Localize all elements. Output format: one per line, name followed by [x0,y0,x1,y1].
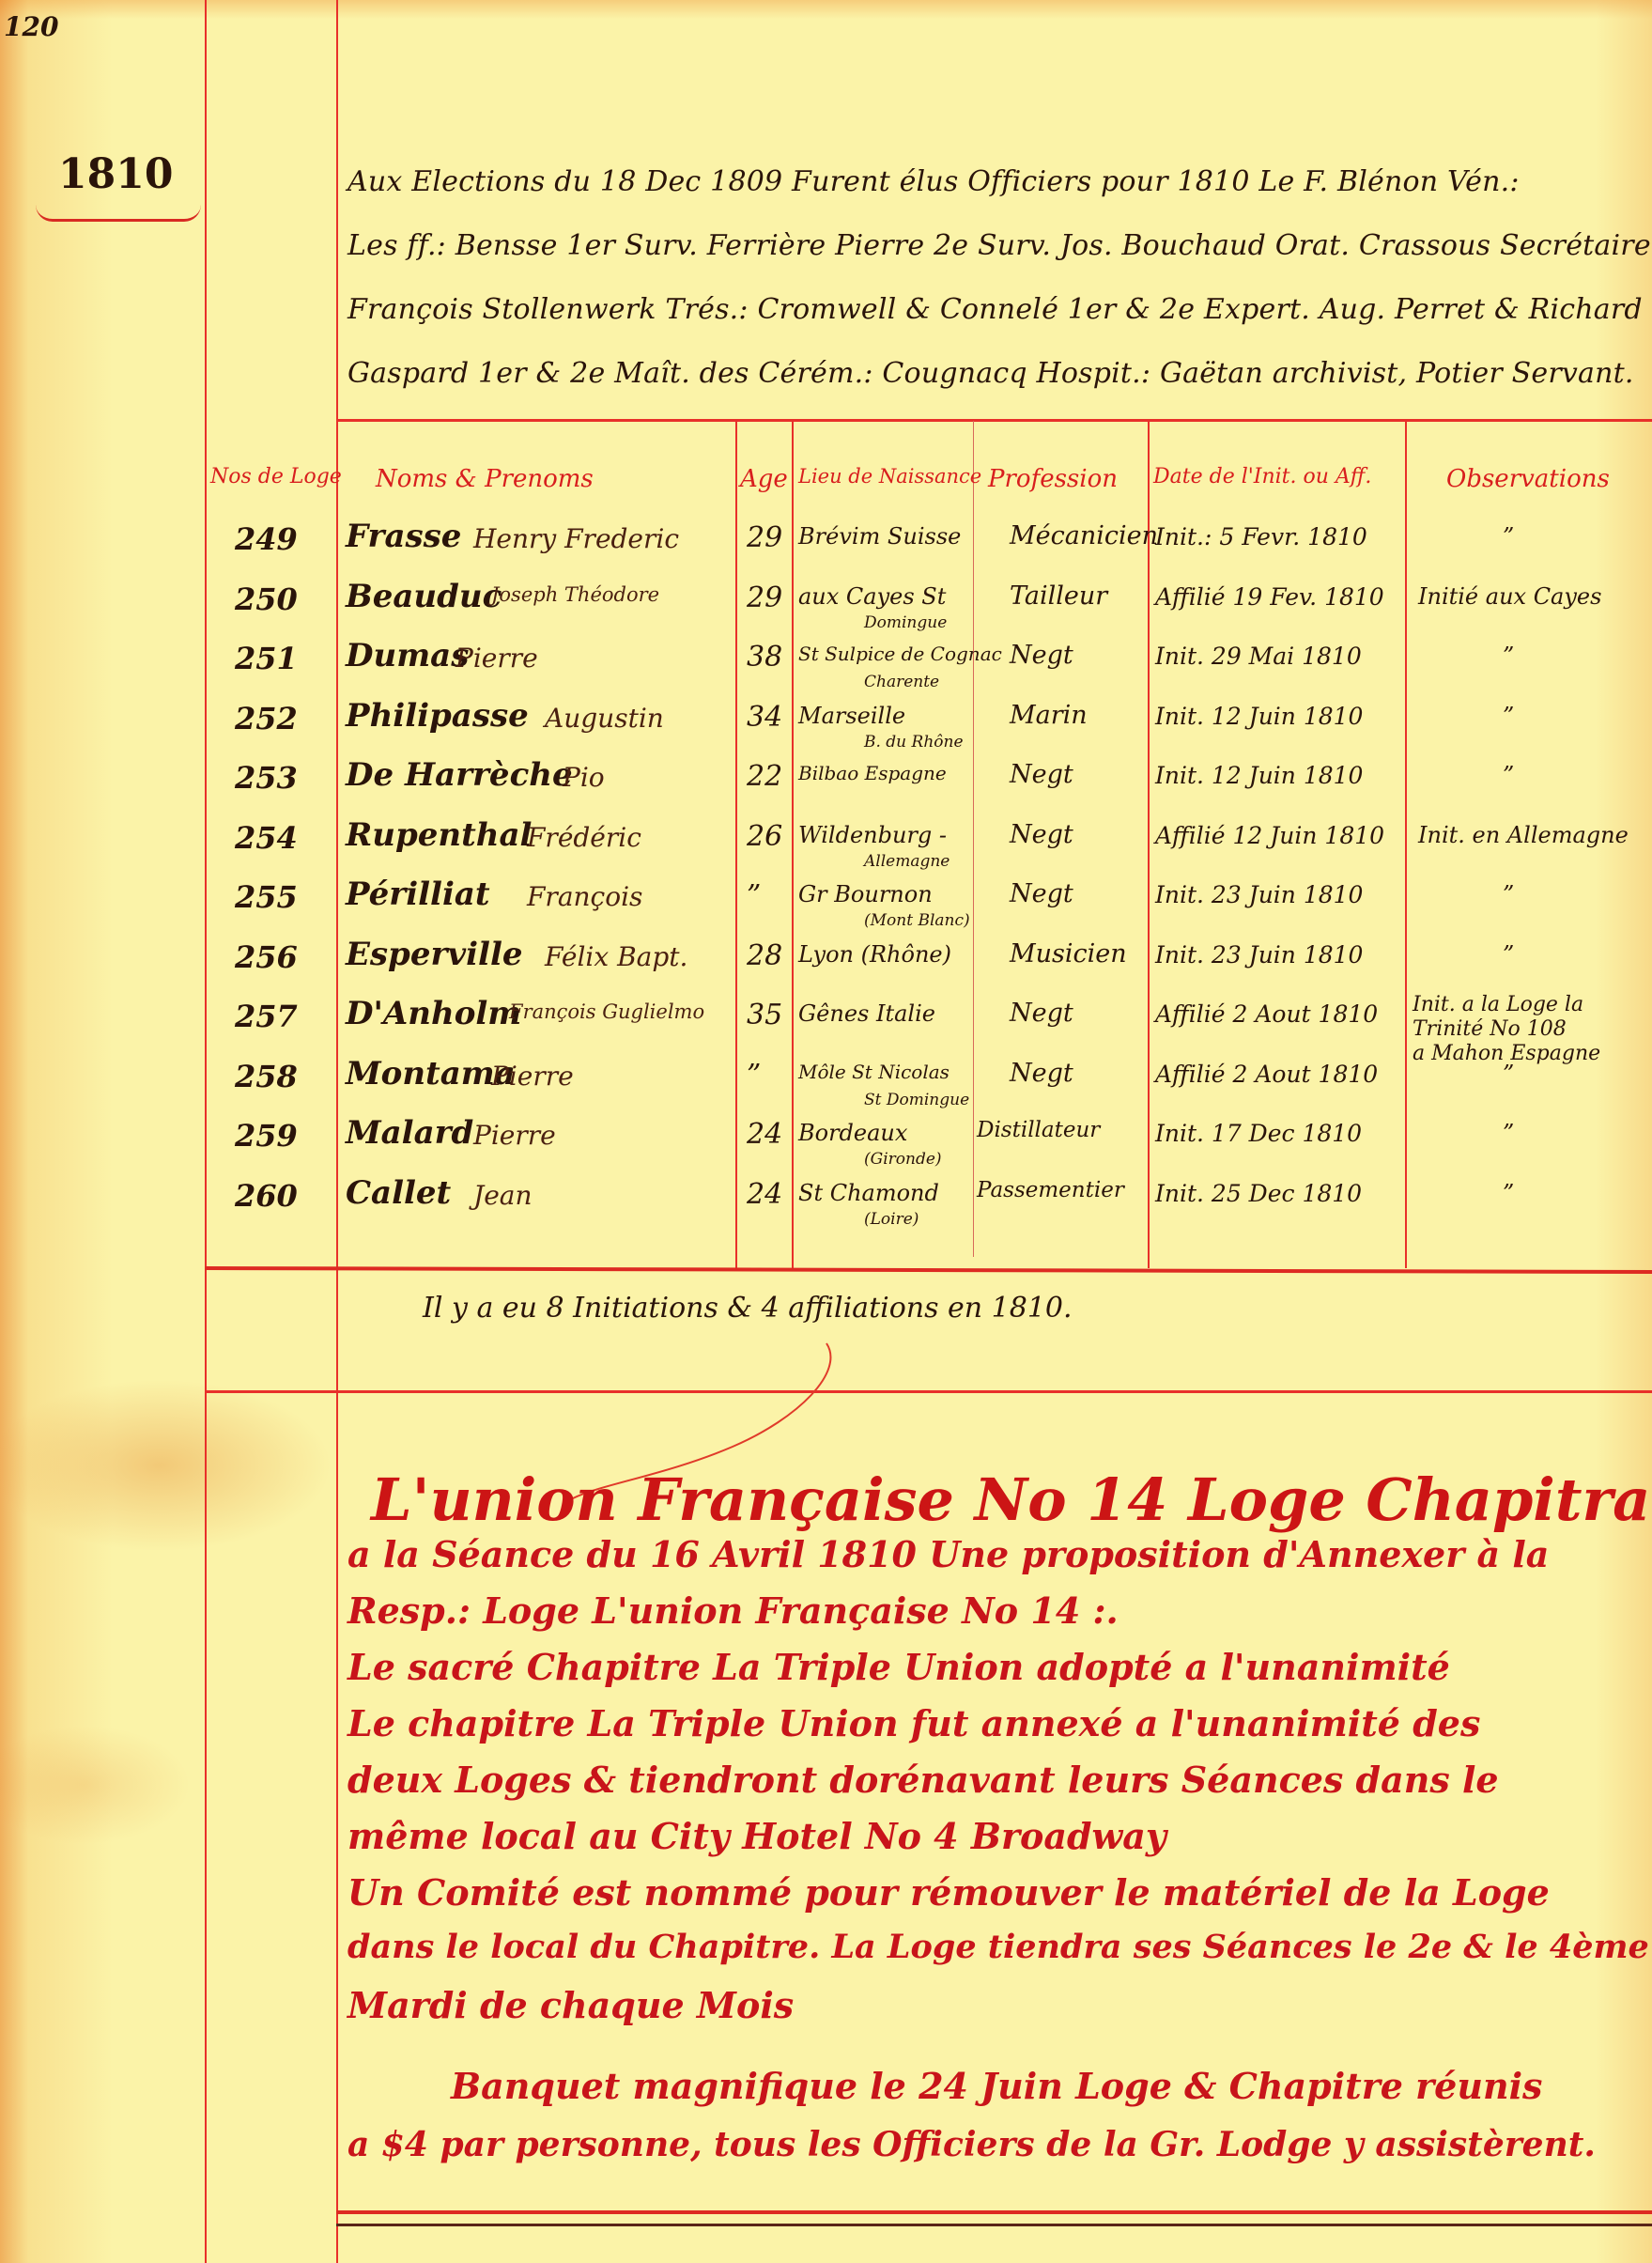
row-number: 252 [235,701,298,736]
row-observations: ” [1503,1180,1514,1206]
row-given-name: Pio [563,762,605,793]
row-profession: Musicien [1010,939,1127,969]
chapter-line: Le sacré Chapitre La Triple Union adopté… [347,1646,1450,1688]
row-age: 35 [747,999,782,1031]
row-age: 22 [747,760,782,793]
row-number: 259 [235,1118,298,1154]
chapter-line: dans le local du Chapitre. La Loge tiend… [347,1928,1649,1966]
row-observations: Init. a la Loge la [1413,993,1583,1016]
row-date: Affilié 19 Fev. 1810 [1155,583,1384,611]
row-number: 250 [235,581,298,617]
header-num: Nos de Loge [210,465,342,488]
row-surname: De Harrèche [346,756,573,794]
row-given-name: Jean [473,1180,533,1211]
row-date: Affilié 2 Aout 1810 [1155,1061,1378,1088]
chapter-line: Le chapitre La Triple Union fut annexé a… [347,1702,1480,1744]
row-birthplace: Gênes Italie [798,1000,935,1027]
header-name: Noms & Prenoms [376,465,594,493]
row-surname: D'Anholm [346,995,521,1032]
row-age: 24 [747,1118,782,1151]
row-number: 257 [235,999,298,1034]
header-observations: Observations [1446,465,1610,493]
row-given-name: Augustin [545,703,664,734]
row-given-name: Pierre [455,643,538,674]
row-observations: ” [1503,941,1514,968]
row-birthplace-sub: B. du Rhône [864,733,964,752]
row-profession: Distillateur [977,1118,1100,1142]
row-birthplace-sub: (Mont Blanc) [864,911,970,930]
row-birthplace-sub: Charente [864,673,939,691]
row-age: 29 [747,521,782,554]
row-observations: ” [1503,523,1514,550]
row-birthplace-sub: Allemagne [864,852,950,871]
row-given-name: Frédéric [527,822,641,853]
row-surname: Périlliat [346,876,490,913]
page-number: 120 [4,11,58,42]
chapter-line: même local au City Hotel No 4 Broadway [347,1815,1166,1857]
margin-rule-right [336,0,338,2263]
row-number: 253 [235,760,298,796]
row-birthplace: St Sulpice de Cognac [798,643,1002,665]
footer-rule-red [336,2210,1652,2214]
summary-bottom-rule [205,1390,1652,1393]
row-birthplace: Brévim Suisse [798,523,961,550]
officers-line: Aux Elections du 18 Dec 1809 Furent élus… [347,150,1644,214]
row-date: Affilié 12 Juin 1810 [1155,822,1384,849]
row-date: Init. 17 Dec 1810 [1155,1120,1362,1147]
row-date: Init. 23 Juin 1810 [1155,881,1363,908]
year-underline-brace [36,205,201,222]
row-profession: Negt [1010,760,1073,789]
officers-line: François Stollenwerk Trés.: Cromwell & C… [347,278,1644,342]
officers-line: Gaspard 1er & 2e Maît. des Cérém.: Cougn… [347,342,1644,406]
table-top-rule [336,419,1652,422]
col-rule-date-right [1405,421,1407,1268]
header-birthplace: Lieu de Naissance [798,465,981,488]
row-birthplace: St Chamond [798,1180,939,1206]
row-observations: ” [1503,762,1514,788]
row-observations: ” [1503,703,1514,729]
row-observations: ” [1503,1120,1514,1146]
chapter-line: a $4 par personne, tous les Officiers de… [347,2125,1596,2164]
row-surname: Philipasse [346,697,529,735]
row-birthplace: Gr Bournon [798,881,933,907]
row-observations: Init. en Allemagne [1418,822,1629,848]
row-profession: Passementier [977,1178,1124,1202]
row-profession: Negt [1010,641,1073,670]
row-given-name: François Guglielmo [509,1000,704,1023]
row-birthplace: Lyon (Rhône) [798,941,951,968]
row-age: 29 [747,581,782,614]
row-number: 256 [235,939,298,975]
row-birthplace: Môle St Nicolas [798,1061,950,1083]
row-given-name: Pierre [473,1120,556,1151]
row-date: Init.: 5 Fevr. 1810 [1155,523,1367,550]
chapter-title: L'union Française No 14 Loge Chapitrale [371,1465,1652,1534]
row-date: Init. 25 Dec 1810 [1155,1180,1362,1207]
row-birthplace: aux Cayes St [798,583,946,610]
row-birthplace: Wildenburg - [798,822,947,848]
footer-rule-dark [336,2224,1652,2226]
row-birthplace-sub: (Loire) [864,1210,919,1229]
row-age: ” [747,1059,761,1092]
row-surname: Rupenthal [346,816,532,854]
header-date: Date de l'Init. ou Aff. [1153,465,1371,488]
row-surname: Montama [346,1055,516,1093]
row-profession: Negt [1010,999,1073,1028]
row-profession: Negt [1010,879,1073,908]
row-given-name: François [527,881,642,912]
header-profession: Profession [988,465,1118,493]
row-date: Init. 12 Juin 1810 [1155,703,1363,730]
row-given-name: Pierre [491,1061,574,1092]
row-number: 254 [235,820,298,856]
row-observations: Initié aux Cayes [1418,583,1601,610]
row-observations: ” [1503,881,1514,907]
row-date: Init. 29 Mai 1810 [1155,643,1362,670]
row-profession: Marin [1010,701,1088,730]
row-surname: Beauduc [346,578,502,615]
header-age: Age [740,465,788,493]
row-age: 38 [747,641,782,674]
row-birthplace-sub: (Gironde) [864,1150,942,1169]
row-date: Affilié 2 Aout 1810 [1155,1000,1378,1028]
row-number: 249 [235,521,298,557]
row-profession: Negt [1010,1059,1073,1088]
officers-paragraph: Aux Elections du 18 Dec 1809 Furent élus… [347,150,1644,406]
row-birthplace: Marseille [798,703,905,729]
row-birthplace: Bordeaux [798,1120,907,1146]
officers-line: Les ff.: Bensse 1er Surv. Ferrière Pierr… [347,214,1644,278]
chapter-line: Banquet magnifique le 24 Juin Loge & Cha… [451,2065,1542,2107]
row-given-name: Joseph Théodore [491,583,659,606]
row-age: 34 [747,701,782,734]
row-profession: Negt [1010,820,1073,849]
row-date: Init. 23 Juin 1810 [1155,941,1363,969]
chapter-line: Resp.: Loge L'union Française No 14 :. [347,1589,1119,1632]
col-rule-age-right [792,421,794,1268]
row-age: 24 [747,1178,782,1211]
row-number: 258 [235,1059,298,1094]
row-profession: Tailleur [1010,581,1107,611]
row-date: Init. 12 Juin 1810 [1155,762,1363,789]
row-number: 251 [235,641,298,676]
row-birthplace: Bilbao Espagne [798,762,947,784]
year-summary: Il y a eu 8 Initiations & 4 affiliations… [423,1292,1073,1325]
row-observations: ” [1503,1061,1514,1087]
chapter-line: Un Comité est nommé pour rémouver le mat… [347,1871,1550,1914]
row-surname: Frasse [346,518,461,555]
chapter-line: a la Séance du 16 Avril 1810 Une proposi… [347,1533,1549,1575]
col-rule-age-left [735,421,737,1268]
row-given-name: Félix Bapt. [545,941,687,972]
year-heading: 1810 [58,150,173,198]
row-observations: Trinité No 108 [1413,1017,1567,1041]
row-surname: Callet [346,1174,451,1212]
row-surname: Malard [346,1114,473,1152]
row-birthplace-sub: Domingue [864,613,947,632]
row-surname: Esperville [346,936,523,973]
chapter-line: deux Loges & tiendront dorénavant leurs … [347,1759,1499,1801]
row-number: 260 [235,1178,298,1214]
row-age: ” [747,879,761,912]
row-age: 26 [747,820,782,853]
col-rule-birthplace-right [973,421,974,1257]
row-birthplace-sub: St Domingue [864,1091,969,1109]
row-number: 255 [235,879,298,915]
row-observations: ” [1503,643,1514,669]
margin-rule-left [205,0,207,2263]
row-given-name: Henry Frederic [473,523,679,554]
chapter-line: Mardi de chaque Mois [347,1984,794,2026]
row-age: 28 [747,939,782,972]
row-profession: Mécanicien [1010,521,1158,550]
row-surname: Dumas [346,637,469,674]
